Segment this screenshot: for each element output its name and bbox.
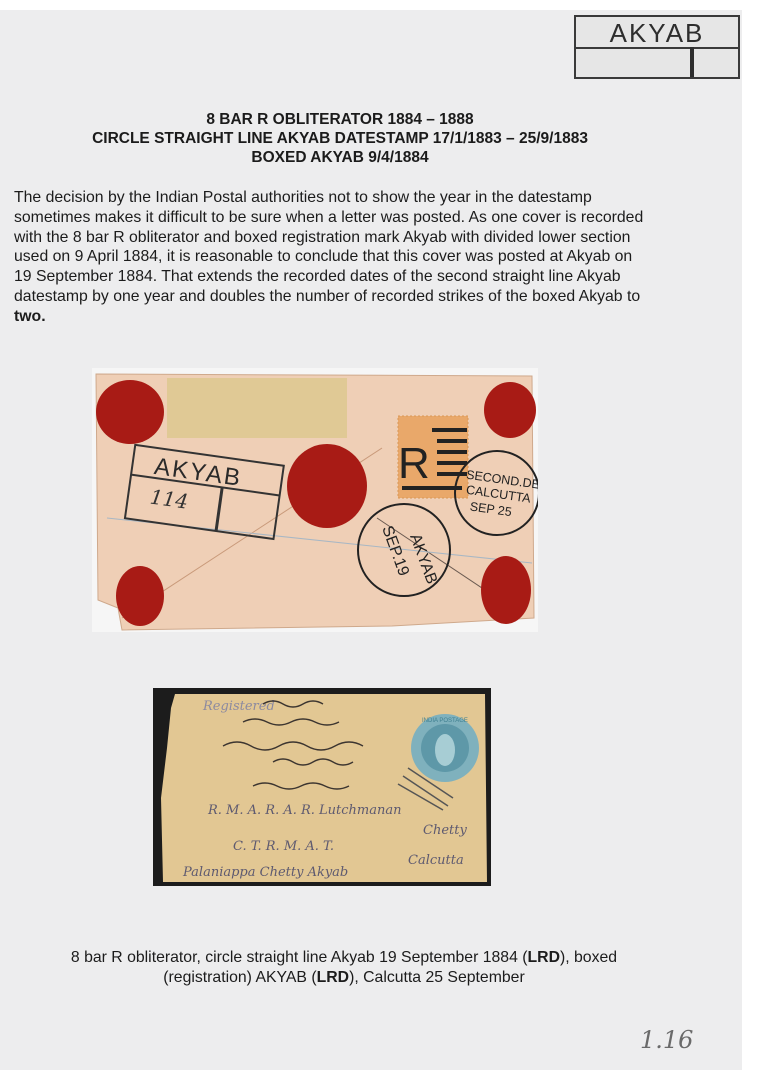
cover-reverse-image: R AKYAB 114 SEP.19 AKYAB SECOND.DEL CALC… [92, 368, 538, 632]
page-headings: 8 BAR R OBLITERATOR 1884 – 1888 CIRCLE S… [0, 110, 680, 167]
svg-text:INDIA POSTAGE: INDIA POSTAGE [422, 718, 468, 724]
svg-text:Chetty: Chetty [423, 823, 467, 838]
para-line: 19 September 1884. That extends the reco… [14, 267, 674, 287]
caption-text: ), Calcutta 25 September [349, 969, 525, 986]
figure-caption: 8 bar R obliterator, circle straight lin… [20, 948, 668, 988]
svg-text:R. M. A. R. A. R. Lutchmanan: R. M. A. R. A. R. Lutchmanan [207, 803, 402, 818]
svg-text:R: R [398, 439, 430, 488]
caption-text: (registration) AKYAB ( [163, 969, 316, 986]
boxed-akyab-illustration: AKYAB [574, 15, 740, 79]
description-paragraph: The decision by the Indian Postal author… [14, 188, 674, 327]
boxed-akyab-text: AKYAB [576, 17, 738, 49]
para-line: with the 8 bar R obliterator and boxed r… [14, 228, 674, 248]
heading-line: CIRCLE STRAIGHT LINE AKYAB DATESTAMP 17/… [0, 129, 680, 148]
para-line: The decision by the Indian Postal author… [14, 188, 674, 208]
para-line: sometimes makes it difficult to be sure … [14, 208, 674, 228]
svg-text:C. T. R. M. A. T.: C. T. R. M. A. T. [233, 839, 334, 854]
para-bold-end: two. [14, 308, 46, 325]
para-line: used on 9 April 1884, it is reasonable t… [14, 247, 674, 267]
para-line: datestamp by one year and doubles the nu… [14, 287, 674, 307]
svg-text:Registered: Registered [202, 699, 275, 714]
caption-text: ), boxed [560, 949, 617, 966]
caption-text: 8 bar R obliterator, circle straight lin… [71, 949, 528, 966]
heading-line: 8 BAR R OBLITERATOR 1884 – 1888 [0, 110, 680, 129]
cover-front-image: INDIA POSTAGE Registered R. M. A. R. A. … [153, 688, 491, 886]
caption-bold: LRD [528, 949, 560, 966]
svg-text:Calcutta: Calcutta [408, 853, 464, 868]
heading-line: BOXED AKYAB 9/4/1884 [0, 148, 680, 167]
page-number: 1.16 [640, 1026, 693, 1054]
svg-text:Palaniappa Chetty Akyab: Palaniappa Chetty Akyab [182, 865, 348, 880]
divider-bar [690, 47, 694, 77]
caption-bold: LRD [317, 969, 349, 986]
